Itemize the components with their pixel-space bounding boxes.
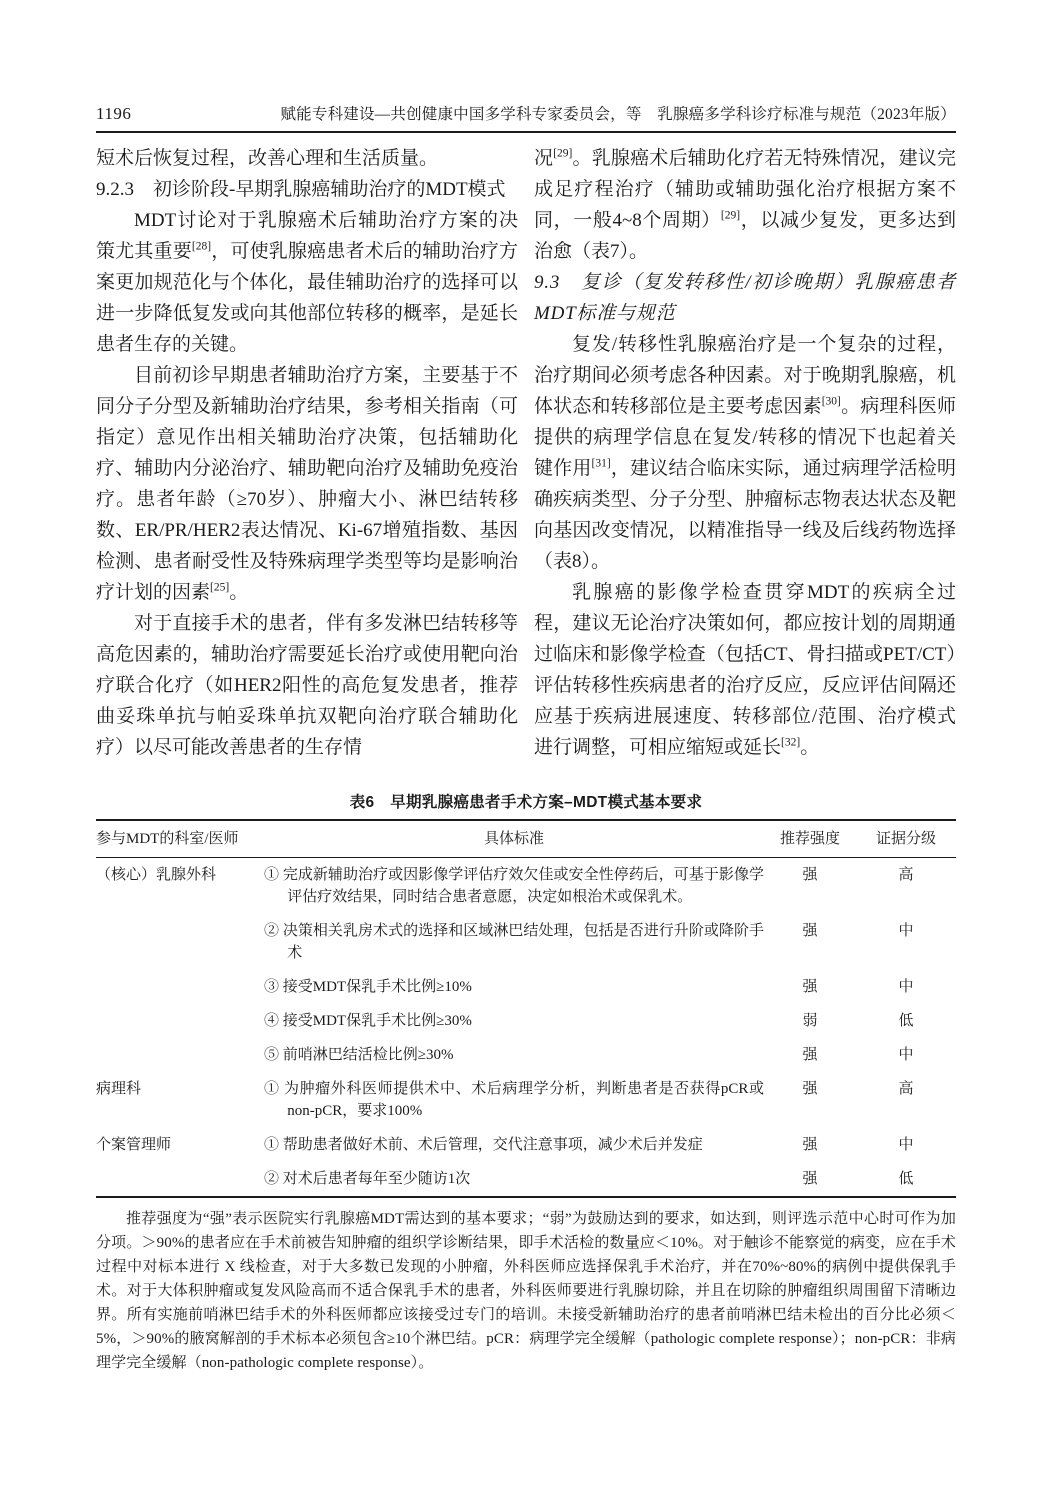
evidence-cell: 中	[856, 1128, 956, 1162]
criteria-cell: ① 为肿瘤外科医师提供术中、术后病理学分析，判断患者是否获得pCR或non-pC…	[264, 1078, 764, 1122]
table-row: 个案管理师 ① 帮助患者做好术前、术后管理，交代注意事项，减少术后并发症 强 中	[96, 1128, 956, 1162]
department-cell	[96, 1038, 264, 1072]
department-cell: （核心）乳腺外科	[96, 858, 264, 915]
paragraph: 目前初诊早期患者辅助治疗方案，主要基于不同分子分型及新辅助治疗结果，参考相关指南…	[96, 360, 518, 608]
page-number: 1196	[96, 104, 131, 124]
paragraph-continued: 短术后恢复过程，改善心理和生活质量。	[96, 143, 518, 174]
table-body: （核心）乳腺外科 ① 完成新辅助治疗或因影像学评估疗效欠佳或安全性停药后，可基于…	[96, 858, 956, 1198]
right-column: 况[29]。乳腺癌术后辅助化疗若无特殊情况，建议完成足疗程治疗（辅助或辅助强化治…	[534, 143, 956, 763]
criteria-cell: ① 完成新辅助治疗或因影像学评估疗效欠佳或安全性停药后，可基于影像学评估疗效结果…	[264, 864, 764, 908]
left-column: 短术后恢复过程，改善心理和生活质量。 9.2.3 初诊阶段-早期乳腺癌辅助治疗的…	[96, 143, 518, 763]
table-row: ③ 接受MDT保乳手术比例≥10% 强 中	[96, 970, 956, 1004]
strength-cell: 强	[764, 914, 856, 970]
department-cell: 病理科	[96, 1072, 264, 1128]
table-row: ② 决策相关乳房术式的选择和区域淋巴结处理，包括是否进行升阶或降阶手术 强 中	[96, 914, 956, 970]
table-row: 病理科 ① 为肿瘤外科医师提供术中、术后病理学分析，判断患者是否获得pCR或no…	[96, 1072, 956, 1128]
criteria-cell-wrap: ④ 接受MDT保乳手术比例≥30%	[264, 1004, 764, 1038]
table-row: ④ 接受MDT保乳手术比例≥30% 弱 低	[96, 1004, 956, 1038]
evidence-cell: 中	[856, 1038, 956, 1072]
section-heading-9-2-3: 9.2.3 初诊阶段-早期乳腺癌辅助治疗的MDT模式	[96, 174, 518, 205]
strength-cell: 强	[764, 1128, 856, 1162]
strength-cell: 强	[764, 1038, 856, 1072]
criteria-cell-wrap: ① 帮助患者做好术前、术后管理，交代注意事项，减少术后并发症	[264, 1128, 764, 1162]
criteria-cell-wrap: ③ 接受MDT保乳手术比例≥10%	[264, 970, 764, 1004]
evidence-cell: 低	[856, 1004, 956, 1038]
strength-cell: 强	[764, 1162, 856, 1197]
table-title: 表6 早期乳腺癌患者手术方案–MDT模式基本要求	[96, 790, 956, 812]
criteria-cell: ⑤ 前哨淋巴结活检比例≥30%	[264, 1044, 764, 1066]
running-head: 1196 赋能专科建设—共创健康中国多学科专家委员会，等 乳腺癌多学科诊疗标准与…	[96, 102, 956, 133]
column-header-criteria: 具体标准	[264, 820, 764, 858]
department-cell	[96, 1004, 264, 1038]
section-heading-9-3: 9.3 复诊（复发转移性/初诊晚期）乳腺癌患者MDT标准与规范	[534, 267, 956, 329]
criteria-cell-wrap: ⑤ 前哨淋巴结活检比例≥30%	[264, 1038, 764, 1072]
document-page: 1196 赋能专科建设—共创健康中国多学科专家委员会，等 乳腺癌多学科诊疗标准与…	[0, 0, 1050, 1485]
paragraph: 复发/转移性乳腺癌治疗是一个复杂的过程，治疗期间必须考虑各种因素。对于晚期乳腺癌…	[534, 329, 956, 577]
table-row: ② 对术后患者每年至少随访1次 强 低	[96, 1162, 956, 1197]
table6: 参与MDT的科室/医师 具体标准 推荐强度 证据分级 （核心）乳腺外科 ① 完成…	[96, 819, 956, 1198]
table-header: 参与MDT的科室/医师 具体标准 推荐强度 证据分级	[96, 820, 956, 858]
strength-cell: 强	[764, 970, 856, 1004]
criteria-cell: ④ 接受MDT保乳手术比例≥30%	[264, 1010, 764, 1032]
department-cell: 个案管理师	[96, 1128, 264, 1162]
table-row: ⑤ 前哨淋巴结活检比例≥30% 强 中	[96, 1038, 956, 1072]
body-columns: 短术后恢复过程，改善心理和生活质量。 9.2.3 初诊阶段-早期乳腺癌辅助治疗的…	[96, 143, 956, 763]
column-header-evidence: 证据分级	[856, 820, 956, 858]
criteria-cell-wrap: ② 对术后患者每年至少随访1次	[264, 1162, 764, 1197]
criteria-cell: ③ 接受MDT保乳手术比例≥10%	[264, 976, 764, 998]
evidence-cell: 高	[856, 1072, 956, 1128]
evidence-cell: 中	[856, 970, 956, 1004]
strength-cell: 强	[764, 858, 856, 915]
criteria-cell: ② 对术后患者每年至少随访1次	[264, 1168, 764, 1190]
table6-section: 表6 早期乳腺癌患者手术方案–MDT模式基本要求 参与MDT的科室/医师 具体标…	[96, 790, 956, 1390]
paragraph: 乳腺癌的影像学检查贯穿MDT的疾病全过程，建议无论治疗决策如何，都应按计划的周期…	[534, 577, 956, 763]
criteria-cell-wrap: ① 为肿瘤外科医师提供术中、术后病理学分析，判断患者是否获得pCR或non-pC…	[264, 1072, 764, 1128]
department-cell	[96, 914, 264, 970]
column-header-strength: 推荐强度	[764, 820, 856, 858]
column-header-department: 参与MDT的科室/医师	[96, 820, 264, 858]
department-cell	[96, 970, 264, 1004]
strength-cell: 弱	[764, 1004, 856, 1038]
criteria-cell: ① 帮助患者做好术前、术后管理，交代注意事项，减少术后并发症	[264, 1134, 764, 1156]
table-footnote: 推荐强度为“强”表示医院实行乳腺癌MDT需达到的基本要求；“弱”为鼓励达到的要求…	[96, 1207, 956, 1375]
criteria-cell: ② 决策相关乳房术式的选择和区域淋巴结处理，包括是否进行升阶或降阶手术	[264, 920, 764, 964]
table-row: （核心）乳腺外科 ① 完成新辅助治疗或因影像学评估疗效欠佳或安全性停药后，可基于…	[96, 858, 956, 915]
paragraph-continued: 况[29]。乳腺癌术后辅助化疗若无特殊情况，建议完成足疗程治疗（辅助或辅助强化治…	[534, 143, 956, 267]
strength-cell: 强	[764, 1072, 856, 1128]
evidence-cell: 中	[856, 914, 956, 970]
running-title: 赋能专科建设—共创健康中国多学科专家委员会，等 乳腺癌多学科诊疗标准与规范（20…	[280, 102, 956, 124]
paragraph: MDT讨论对于乳腺癌术后辅助治疗方案的决策尤其重要[28]，可使乳腺癌患者术后的…	[96, 205, 518, 360]
criteria-cell-wrap: ① 完成新辅助治疗或因影像学评估疗效欠佳或安全性停药后，可基于影像学评估疗效结果…	[264, 858, 764, 915]
evidence-cell: 高	[856, 858, 956, 915]
criteria-cell-wrap: ② 决策相关乳房术式的选择和区域淋巴结处理，包括是否进行升阶或降阶手术	[264, 914, 764, 970]
department-cell	[96, 1162, 264, 1197]
evidence-cell: 低	[856, 1162, 956, 1197]
paragraph: 对于直接手术的患者，伴有多发淋巴结转移等高危因素的，辅助治疗需要延长治疗或使用靶…	[96, 608, 518, 763]
